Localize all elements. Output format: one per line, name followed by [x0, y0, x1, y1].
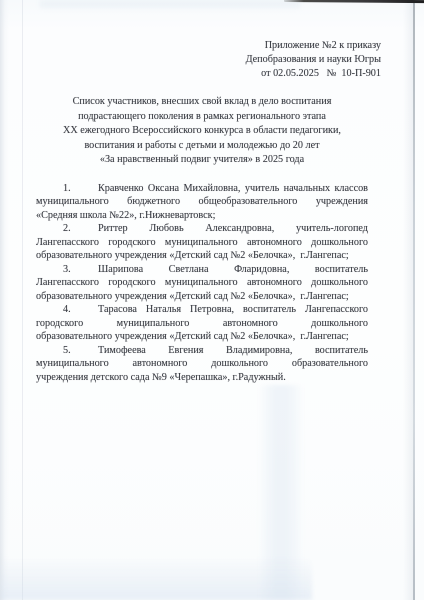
list-item-line: образовательного учреждения «Детский сад…	[36, 249, 368, 263]
list-item-line: «Средняя школа №22», г.Нижневартовск;	[36, 209, 368, 223]
appendix-header: Приложение №2 к приказу Депобразования и…	[36, 39, 381, 81]
list-item-text: Кравченко Оксана Михайловна, учитель нач…	[98, 182, 368, 196]
list-item-line: городского муниципального автономного до…	[36, 317, 368, 331]
participants-list: 1.Кравченко Оксана Михайловна, учитель н…	[36, 182, 368, 385]
list-item-number: 3.	[63, 263, 98, 277]
list-item: 5.Тимофеева Евгения Владимировна, воспит…	[36, 344, 368, 385]
list-item: 1.Кравченко Оксана Михайловна, учитель н…	[36, 182, 368, 223]
document-title-line: Список участников, внесших свой вклад в …	[36, 95, 368, 110]
scan-right-edge-shadow	[403, 0, 413, 600]
list-item-line: Лангепасского городского муниципального …	[36, 236, 368, 250]
scan-bottom-tint	[0, 556, 312, 600]
document-content: Приложение №2 к приказу Депобразования и…	[36, 39, 368, 384]
list-item-number: 2.	[63, 222, 98, 236]
list-item-line: муниципального автономного дошкольного о…	[36, 357, 368, 371]
list-item-text: Тимофеева Евгения Владимировна, воспитат…	[98, 344, 368, 358]
list-item-line: 3.Шарипова Светлана Фларидовна, воспитат…	[36, 263, 368, 277]
list-item-line: учреждения детского сада №9 «Черепашка»,…	[36, 371, 368, 385]
document-title-line: воспитания и работы с детьми и молодежью…	[36, 139, 368, 154]
list-item-text: Шарипова Светлана Фларидовна, воспитател…	[98, 263, 368, 277]
document-title-line: XX ежегодного Всероссийского конкурса в …	[36, 124, 368, 139]
appendix-header-line: Приложение №2 к приказу	[36, 39, 381, 53]
scanned-document-page: Приложение №2 к приказу Депобразования и…	[0, 0, 424, 600]
list-item: 2.Риттер Любовь Александровна, учитель-л…	[36, 222, 368, 263]
list-item-line: 4.Тарасова Наталья Петровна, воспитатель…	[36, 303, 368, 317]
scan-left-edge-shadow	[0, 0, 9, 600]
list-item-line: 1.Кравченко Оксана Михайловна, учитель н…	[36, 182, 368, 196]
document-title-line: «За нравственный подвиг учителя» в 2025 …	[36, 153, 368, 168]
list-item: 3.Шарипова Светлана Фларидовна, воспитат…	[36, 263, 368, 304]
list-item-number: 1.	[63, 182, 98, 196]
list-item-line: муниципального бюджетного общеобразовате…	[36, 195, 368, 209]
appendix-header-line: от 02.05.2025 № 10-П-901	[36, 67, 381, 81]
scan-right-edge-line	[413, 0, 415, 600]
list-item-text: Тарасова Наталья Петровна, воспитатель Л…	[98, 303, 368, 317]
list-item-line: 5.Тимофеева Евгения Владимировна, воспит…	[36, 344, 368, 358]
document-title-line: подрастающего поколения в рамках региона…	[36, 110, 368, 125]
appendix-header-line: Депобразования и науки Югры	[36, 53, 381, 67]
list-item-line: образовательного учреждения «Детский сад…	[36, 290, 368, 304]
list-item-line: 2.Риттер Любовь Александровна, учитель-л…	[36, 222, 368, 236]
scan-left-fold-line	[22, 0, 23, 600]
list-item-line: образовательного учреждения «Детский сад…	[36, 330, 368, 344]
list-item-text: Риттер Любовь Александровна, учитель-лог…	[98, 222, 368, 236]
list-item: 4.Тарасова Наталья Петровна, воспитатель…	[36, 303, 368, 344]
list-item-line: Лангепасского городского муниципального …	[36, 276, 368, 290]
document-title: Список участников, внесших свой вклад в …	[36, 95, 368, 168]
list-item-number: 5.	[63, 344, 98, 358]
scan-top-wash-artifact	[40, 0, 300, 8]
list-item-number: 4.	[63, 303, 98, 317]
